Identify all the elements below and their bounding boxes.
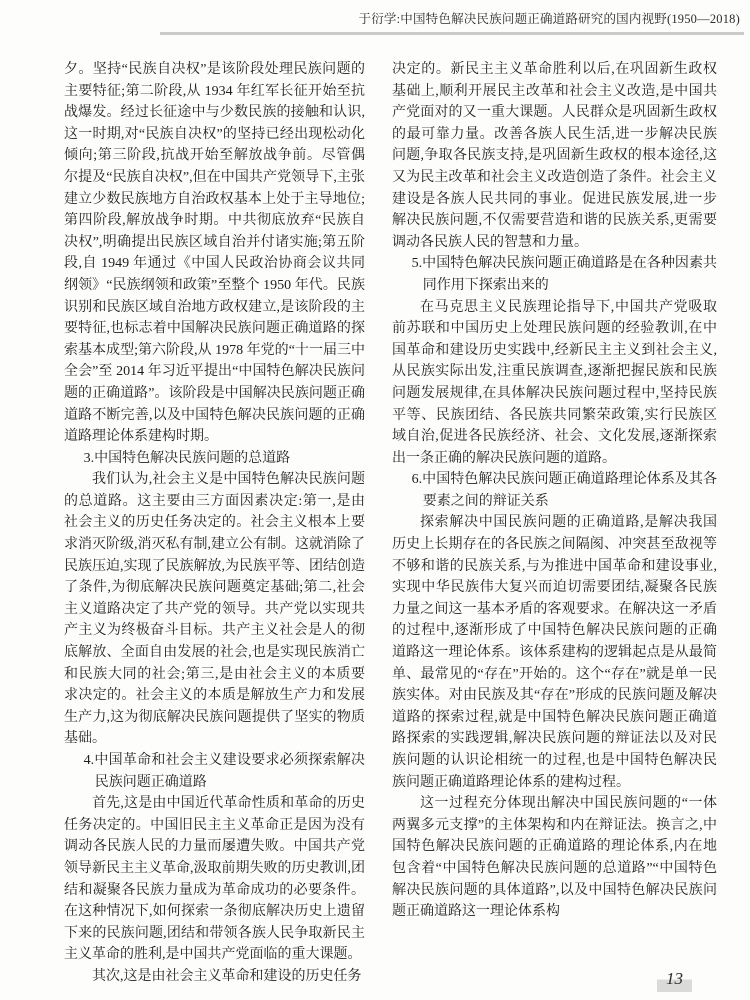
section-heading: 5.中国特色解决民族问题正确道路是在各种因素共同作用下探索出来的	[392, 253, 717, 296]
running-header: 于衍学:中国特色解决民族问题正确道路研究的国内视野(1950—2018)	[0, 0, 750, 27]
right-column: 决定的。新民主主义革命胜利以后,在巩固新生政权基础上,顺利开展民主改革和社会主义…	[392, 59, 717, 988]
paragraph: 决定的。新民主主义革命胜利以后,在巩固新生政权基础上,顺利开展民主改革和社会主义…	[392, 59, 717, 253]
left-column: 夕。坚持“民族自决权”是该阶段处理民族问题的主要特征;第二阶段,从 1934 年…	[64, 59, 365, 988]
scanned-paper-page: 于衍学:中国特色解决民族问题正确道路研究的国内视野(1950—2018) 夕。坚…	[0, 0, 750, 1000]
paragraph: 在马克思主义民族理论指导下,中国共产党吸取前苏联和中国历史上处理民族问题的经验教…	[392, 297, 717, 470]
running-header-text: 于衍学:中国特色解决民族问题正确道路研究的国内视野(1950—2018)	[359, 12, 741, 26]
section-heading: 3.中国特色解决民族问题的总道路	[64, 448, 365, 470]
paragraph: 探索解决中国民族问题的正确道路,是解决我国历史上长期存在的各民族之间隔阂、冲突甚…	[392, 512, 717, 793]
paragraph: 其次,这是由社会主义革命和建设的历史任务	[64, 966, 365, 988]
section-heading: 6.中国特色解决民族问题正确道路理论体系及其各要素之间的辩证关系	[392, 469, 717, 512]
paragraph: 我们认为,社会主义是中国特色解决民族问题的总道路。这主要由三方面因素决定:第一,…	[64, 469, 365, 750]
paragraph: 夕。坚持“民族自决权”是该阶段处理民族问题的主要特征;第二阶段,从 1934 年…	[64, 59, 365, 448]
text-columns: 夕。坚持“民族自决权”是该阶段处理民族问题的主要特征;第二阶段,从 1934 年…	[0, 35, 750, 988]
paragraph: 首先,这是由中国近代革命性质和革命的历史任务决定的。中国旧民主主义革命正是因为没…	[64, 793, 365, 966]
page-number: 13	[657, 968, 692, 992]
section-heading: 4.中国革命和社会主义建设要求必须探索解决民族问题正确道路	[64, 750, 365, 793]
paragraph: 这一过程充分体现出解决中国民族问题的“一体两翼多元支撑”的主体架构和内在辩证法。…	[392, 793, 717, 923]
